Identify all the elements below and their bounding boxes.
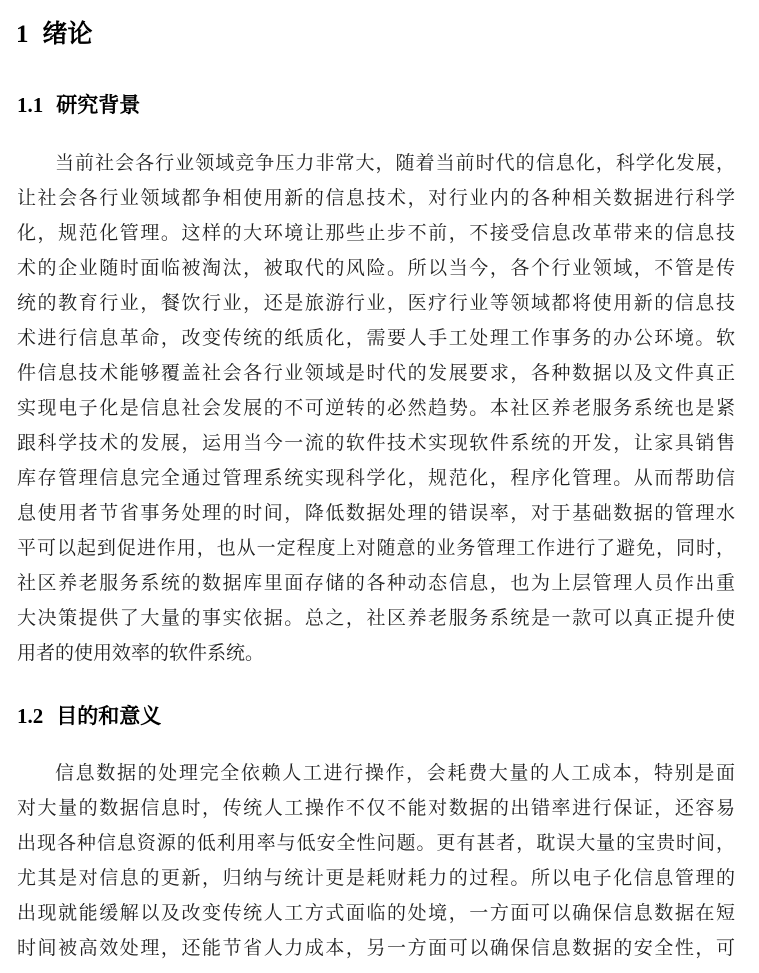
text-line: 术的企业随时面临被淘汰，被取代的风险。所以当今，各个行业领域，不管是传	[17, 251, 735, 286]
paragraph-purpose-significance: 信息数据的处理完全依赖人工进行操作，会耗费大量的人工成本，特别是面对大量的数据信…	[17, 756, 735, 966]
text-line: 用者的使用效率的软件系统。	[17, 636, 735, 671]
text-line: 对大量的数据信息时，传统人工操作不仅不能对数据的出错率进行保证，还容易	[17, 791, 735, 826]
text-line: 当前社会各行业领域竞争压力非常大，随着当前时代的信息化，科学化发展，	[17, 146, 735, 181]
text-line: 化，规范化管理。这样的大环境让那些止步不前，不接受信息改革带来的信息技	[17, 216, 735, 251]
text-line: 息使用者节省事务处理的时间，降低数据处理的错误率，对于基础数据的管理水	[17, 496, 735, 531]
text-line: 跟科学技术的发展，运用当今一流的软件技术实现软件系统的开发，让家具销售	[17, 426, 735, 461]
section-title: 目的和意义	[56, 704, 161, 728]
text-line: 出现各种信息资源的低利用率与低安全性问题。更有甚者，耽误大量的宝贵时间，	[17, 826, 735, 861]
document-page: 1绪论 1.1研究背景 当前社会各行业领域竞争压力非常大，随着当前时代的信息化，…	[0, 0, 759, 973]
chapter-title: 绪论	[43, 21, 93, 48]
text-line: 社区养老服务系统的数据库里面存储的各种动态信息，也为上层管理人员作出重	[17, 566, 735, 601]
text-line: 实现电子化是信息社会发展的不可逆转的必然趋势。本社区养老服务系统也是紧	[17, 391, 735, 426]
section-heading-purpose-significance: 1.2目的和意义	[17, 700, 161, 730]
section-title: 研究背景	[56, 93, 140, 117]
chapter-number: 1	[16, 21, 29, 48]
text-line: 统的教育行业，餐饮行业，还是旅游行业，医疗行业等领域都将使用新的信息技	[17, 286, 735, 321]
section-heading-research-background: 1.1研究背景	[17, 89, 140, 119]
paragraph-research-background: 当前社会各行业领域竞争压力非常大，随着当前时代的信息化，科学化发展，让社会各行业…	[17, 146, 735, 671]
text-line: 件信息技术能够覆盖社会各行业领域是时代的发展要求，各种数据以及文件真正	[17, 356, 735, 391]
section-number: 1.1	[17, 93, 43, 117]
text-line: 信息数据的处理完全依赖人工进行操作，会耗费大量的人工成本，特别是面	[17, 756, 735, 791]
text-line: 平可以起到促进作用，也从一定程度上对随意的业务管理工作进行了避免，同时，	[17, 531, 735, 566]
chapter-heading: 1绪论	[16, 14, 93, 50]
text-line: 时间被高效处理，还能节省人力成本，另一方面可以确保信息数据的安全性，可	[17, 931, 735, 966]
text-line: 尤其是对信息的更新，归纳与统计更是耗财耗力的过程。所以电子化信息管理的	[17, 861, 735, 896]
text-line: 术进行信息革命，改变传统的纸质化，需要人手工处理工作事务的办公环境。软	[17, 321, 735, 356]
section-number: 1.2	[17, 704, 43, 728]
text-line: 库存管理信息完全通过管理系统实现科学化，规范化，程序化管理。从而帮助信	[17, 461, 735, 496]
text-line: 让社会各行业领域都争相使用新的信息技术，对行业内的各种相关数据进行科学	[17, 181, 735, 216]
text-line: 大决策提供了大量的事实依据。总之，社区养老服务系统是一款可以真正提升使	[17, 601, 735, 636]
text-line: 出现就能缓解以及改变传统人工方式面临的处境，一方面可以确保信息数据在短	[17, 896, 735, 931]
